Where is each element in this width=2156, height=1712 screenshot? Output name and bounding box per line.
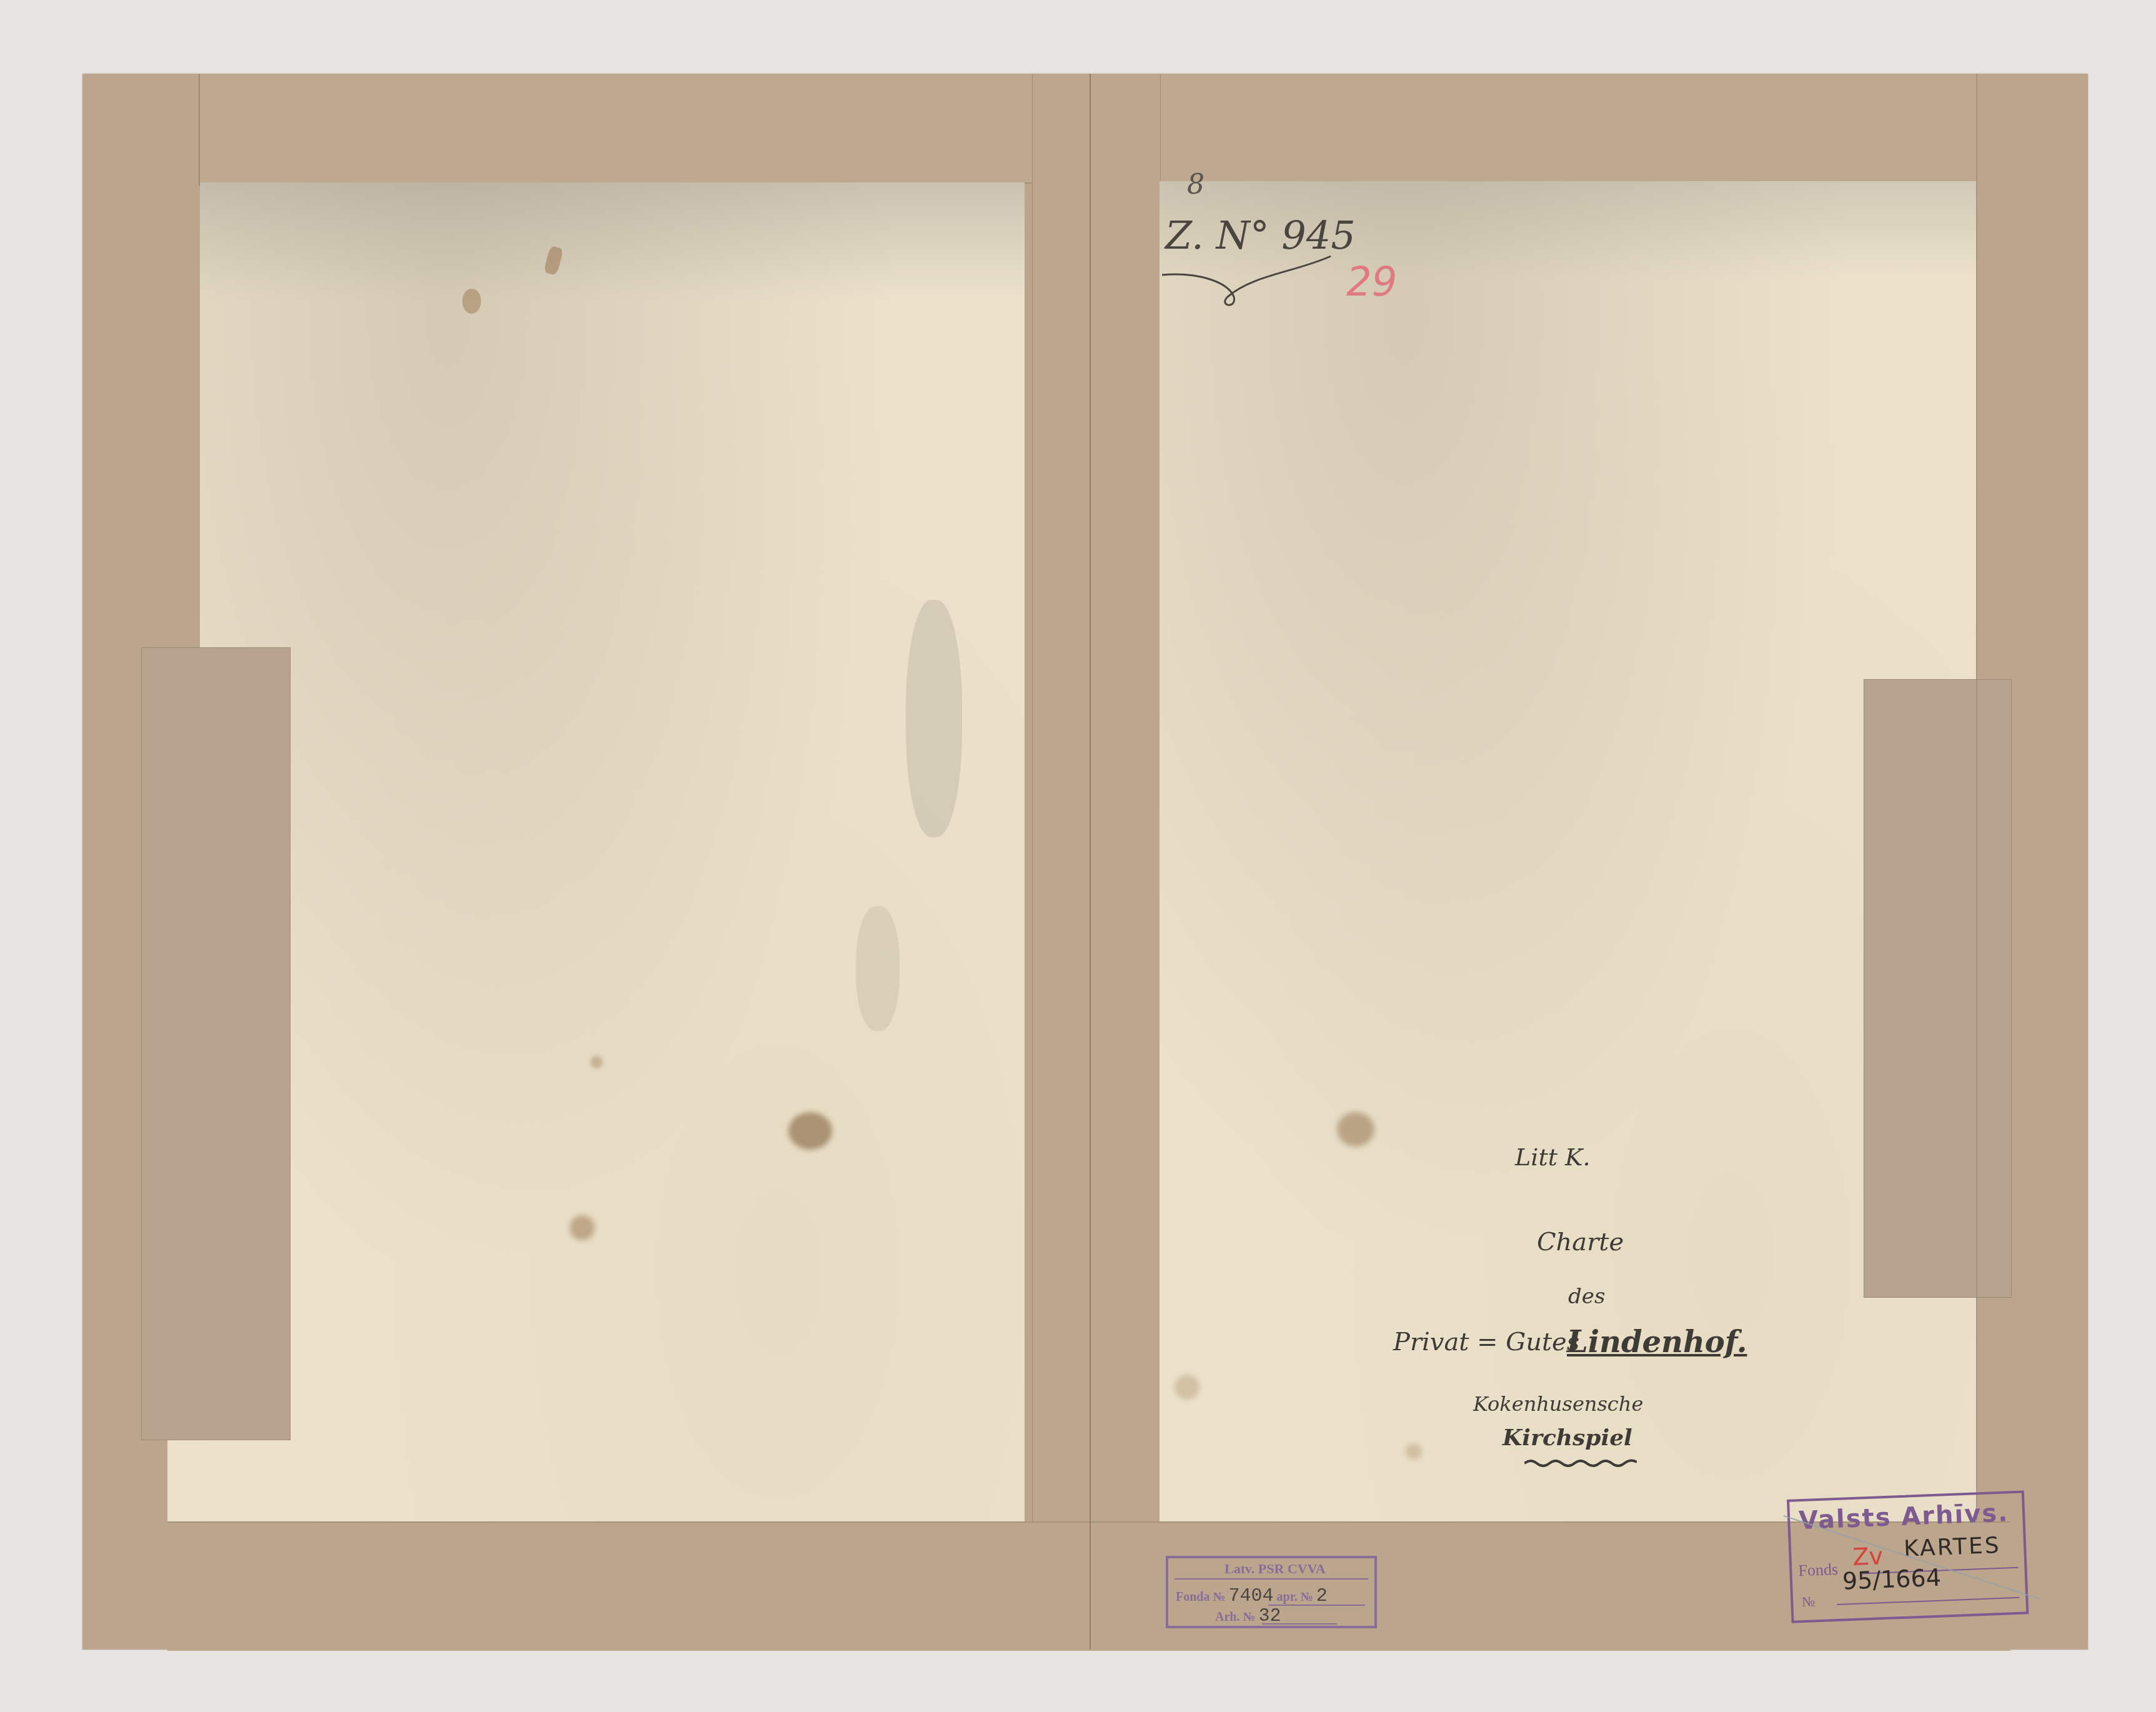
left-map-sheet bbox=[200, 182, 1025, 1543]
stamp-number-label: № bbox=[1802, 1593, 1816, 1610]
stamp-header: Latv. PSR CVVA bbox=[1225, 1561, 1326, 1577]
stain-spot bbox=[590, 1056, 603, 1068]
stain-spot bbox=[1337, 1112, 1374, 1147]
title-parish-adj: Kokenhusensche bbox=[1473, 1392, 1643, 1416]
water-stain bbox=[856, 906, 900, 1031]
top-flourish-digit: 8 bbox=[1187, 169, 1205, 201]
reference-number: Z. N° 945 bbox=[1165, 212, 1356, 258]
stain-spot bbox=[570, 1215, 595, 1240]
fold-line bbox=[1090, 74, 1091, 1650]
fold-line-lower bbox=[1090, 1521, 1091, 1650]
stamp-number-value: 95/1664 bbox=[1842, 1564, 1941, 1595]
right-mounting-tab bbox=[1864, 679, 2012, 1298]
water-stain bbox=[906, 600, 962, 837]
right-map-sheet bbox=[1160, 181, 1976, 1521]
title-charte: Charte bbox=[1537, 1228, 1624, 1257]
stain-spot bbox=[1175, 1375, 1200, 1400]
title-privat-gutes: Privat = Gutes bbox=[1393, 1328, 1579, 1356]
stain-spot bbox=[1406, 1443, 1422, 1460]
center-hinge-strip bbox=[1032, 74, 1161, 1650]
red-folio-number: 29 bbox=[1346, 259, 1397, 306]
title-litt: Litt K. bbox=[1515, 1143, 1590, 1171]
stamp-fonds-label: Fonds bbox=[1798, 1560, 1839, 1580]
cvva-archive-stamp: Latv. PSR CVVA Fonda № 7404 apr. № 2 Arh… bbox=[1166, 1556, 1377, 1628]
left-mounting-tab bbox=[141, 647, 291, 1440]
title-des: des bbox=[1568, 1284, 1605, 1309]
board-seam bbox=[1976, 74, 1977, 1648]
stamp-fonda-value: 7404 bbox=[1229, 1586, 1274, 1607]
reference-flourish-underline bbox=[1159, 253, 1346, 309]
stamp-fonda-line: Fonda № 7404 apr. № 2 bbox=[1176, 1586, 1328, 1607]
stamp-apr-value: 2 bbox=[1316, 1586, 1328, 1607]
stain-spot bbox=[462, 289, 481, 314]
board-seam bbox=[199, 74, 200, 186]
title-estate-name: Lindenhof. bbox=[1567, 1325, 1747, 1360]
stain-spot bbox=[788, 1112, 832, 1150]
bottom-tape-strip-left bbox=[167, 1543, 1032, 1650]
stamp-fonds-name: KARTES bbox=[1903, 1533, 2001, 1562]
left-sheet-discoloration bbox=[200, 182, 1025, 301]
title-parish: Kirchspiel bbox=[1503, 1425, 1632, 1451]
title-wavy-underline bbox=[1524, 1456, 1637, 1468]
